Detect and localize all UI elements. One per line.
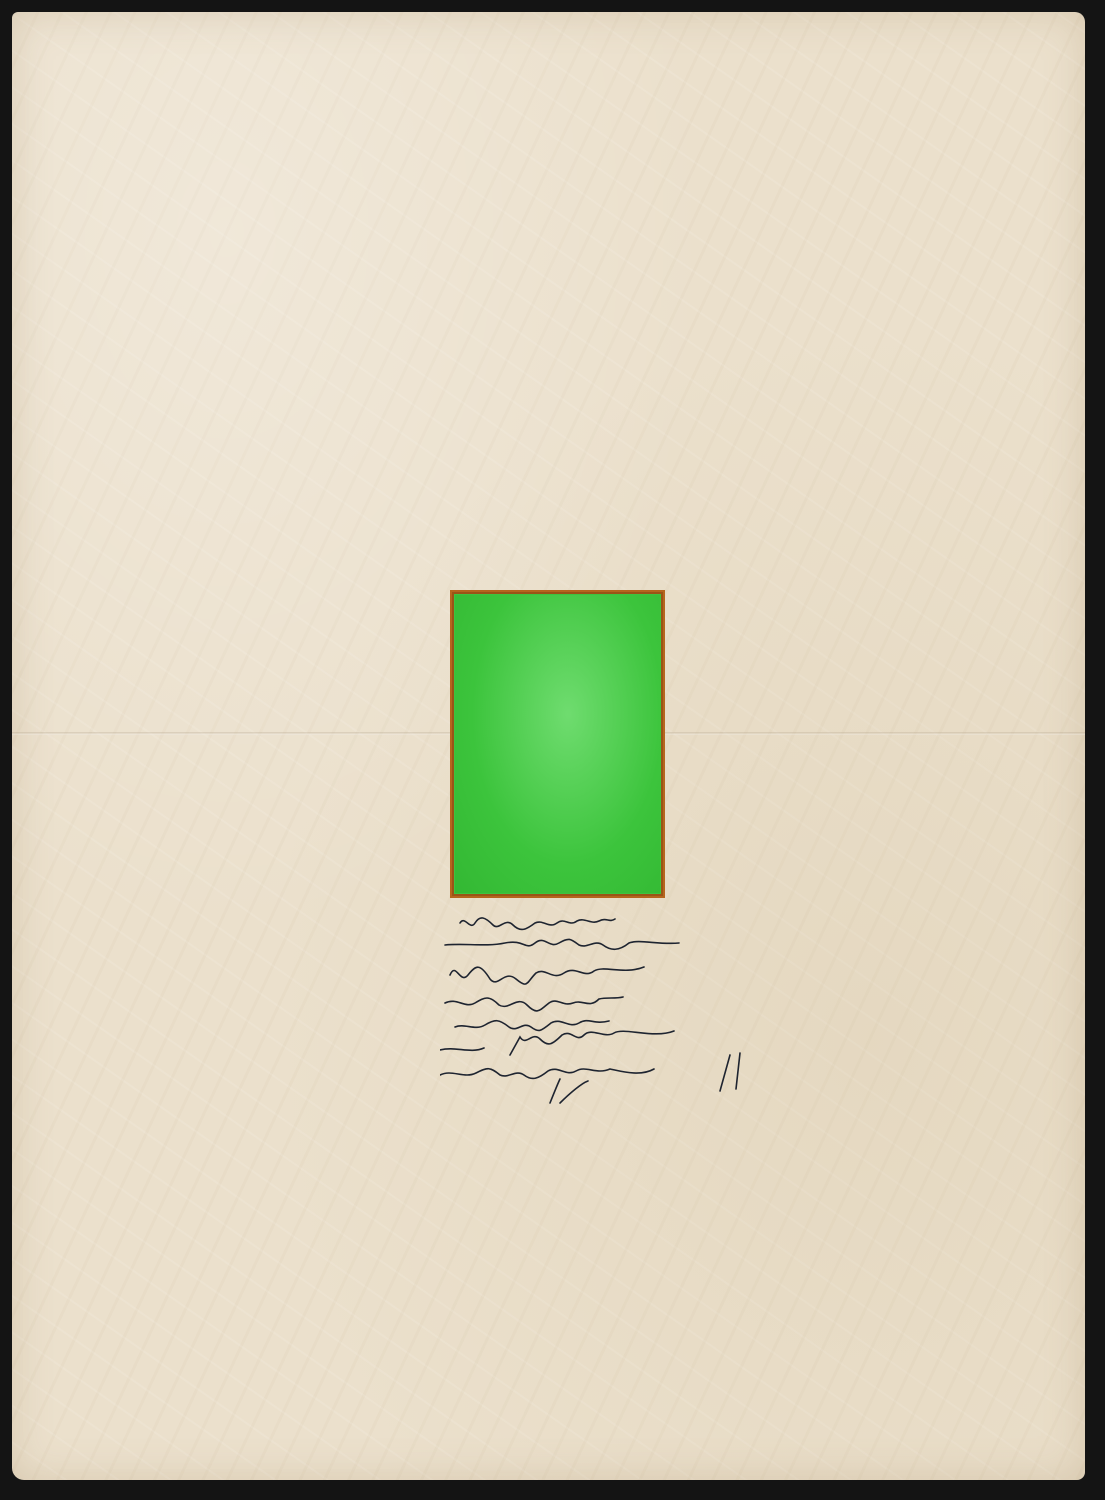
green-panel-fill (454, 594, 661, 894)
handwritten-script (440, 905, 780, 1115)
green-framed-panel (450, 590, 665, 898)
